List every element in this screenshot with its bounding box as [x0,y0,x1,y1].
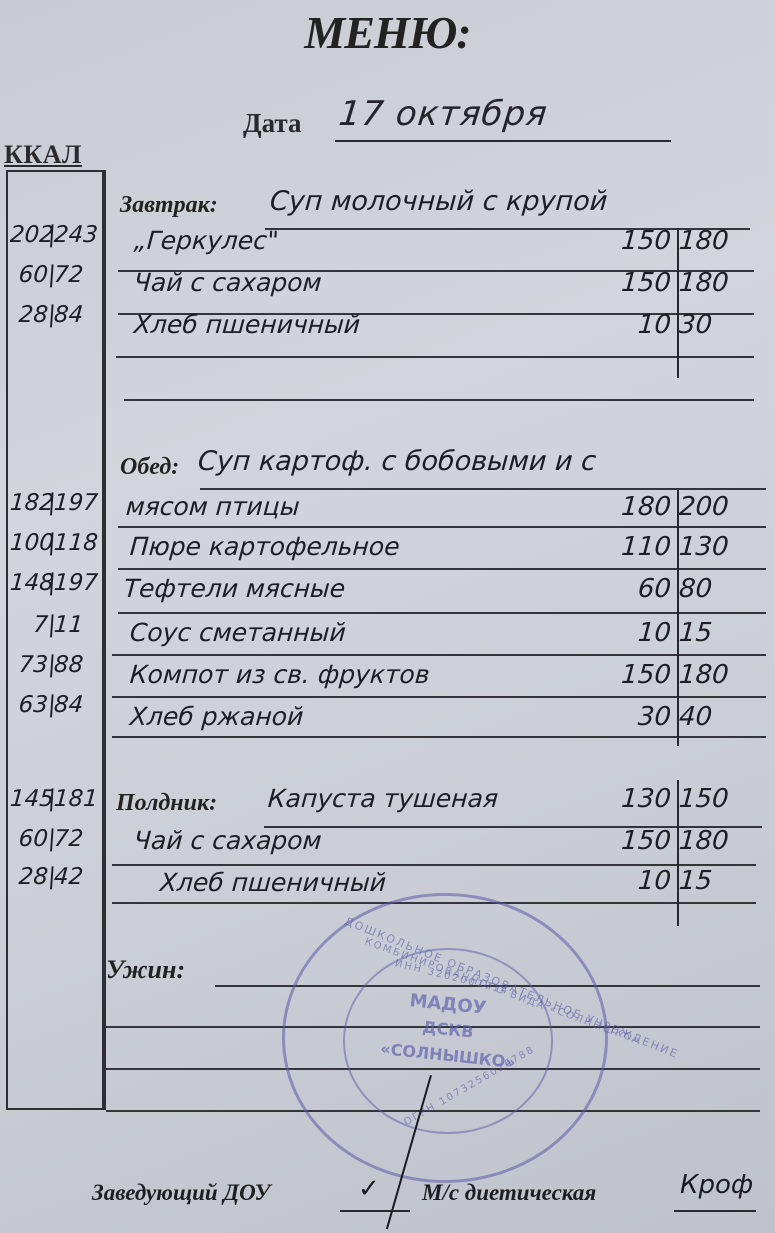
row-line [118,526,766,528]
dish-name: Компот из св. фруктов [129,660,431,689]
nurse-signature-line [674,1210,756,1212]
portion-value: 1030 [589,310,761,340]
dish-name: Чай с сахаром [133,826,323,855]
date-value: 17 октября [337,94,550,134]
head-signature: ✓ [358,1174,380,1204]
kcal-value: 202|243 [9,222,103,248]
dish-name: мясом птицы [125,492,301,521]
kcal-value: 63|84 [9,692,103,718]
dish-name: Капуста тушеная [267,784,499,813]
date-row: Дата 17 октября [243,100,643,144]
kcal-header: ККАЛ [4,140,82,170]
row-line [124,399,754,401]
portion-divider [677,780,679,926]
portion-value: 180200 [589,492,761,522]
row-line [112,736,766,738]
date-label: Дата [243,108,301,139]
kcal-value: 148|197 [9,570,103,596]
dish-name: Суп картоф. с бобовыми и с [197,446,597,477]
portion-value: 3040 [589,702,761,732]
meal-label-snack: Полдник: [116,790,217,817]
kcal-value: 60|72 [9,826,103,852]
portion-value: 1015 [589,866,761,896]
kcal-value: 73|88 [9,652,103,678]
dish-name: Чай с сахаром [133,268,323,297]
nurse-label: М/с диетическая [422,1180,596,1206]
portion-value: 150180 [589,226,761,256]
portion-value: 1015 [589,618,761,648]
row-line [118,612,766,614]
signatures-footer: Заведующий ДОУ ✓ М/с диетическая Кроф [92,1168,772,1218]
row-line [112,696,766,698]
dish-name: Хлеб ржаной [129,702,304,731]
meal-label-lunch: Обед: [120,454,179,481]
kcal-value: 145|181 [9,786,103,812]
portion-value: 130150 [589,784,761,814]
dish-name: Хлеб пшеничный [159,868,387,897]
kcal-value: 28|42 [9,864,103,890]
kcal-value: 28|84 [9,302,103,328]
portion-divider [677,228,679,378]
row-line [118,568,766,570]
dish-name: „Геркулес" [133,226,280,255]
kcal-value: 7|11 [9,612,103,638]
portion-value: 150180 [589,660,761,690]
portion-value: 150180 [589,268,761,298]
row-line [200,488,766,490]
portion-value: 110130 [589,532,761,562]
head-label: Заведующий ДОУ [92,1180,270,1206]
head-signature-line [340,1210,410,1212]
kcal-value: 60|72 [9,262,103,288]
dish-name: Тефтели мясные [123,574,346,603]
portion-value: 150180 [589,826,761,856]
row-line [112,654,766,656]
dish-name: Соус сметанный [129,618,347,647]
portion-divider [677,490,679,746]
row-line [116,356,754,358]
dish-name: Хлеб пшеничный [133,310,361,339]
meal-label-breakfast: Завтрак: [120,192,218,219]
page-title: МЕНЮ: [0,6,775,59]
kcal-value: 182|197 [9,490,103,516]
institution-stamp: ДОШКОЛЬНОЕ ОБРАЗОВАТЕЛЬНОЕ УЧРЕЖДЕНИЕ КО… [282,893,608,1183]
date-underline [335,140,671,142]
nurse-signature: Кроф [680,1170,753,1200]
meal-label-dinner: Ужин: [106,955,185,985]
dish-name: Пюре картофельное [129,532,401,561]
kcal-value: 100|118 [9,530,103,556]
portion-value: 6080 [589,574,761,604]
dish-name: Суп молочный с крупой [269,186,609,217]
